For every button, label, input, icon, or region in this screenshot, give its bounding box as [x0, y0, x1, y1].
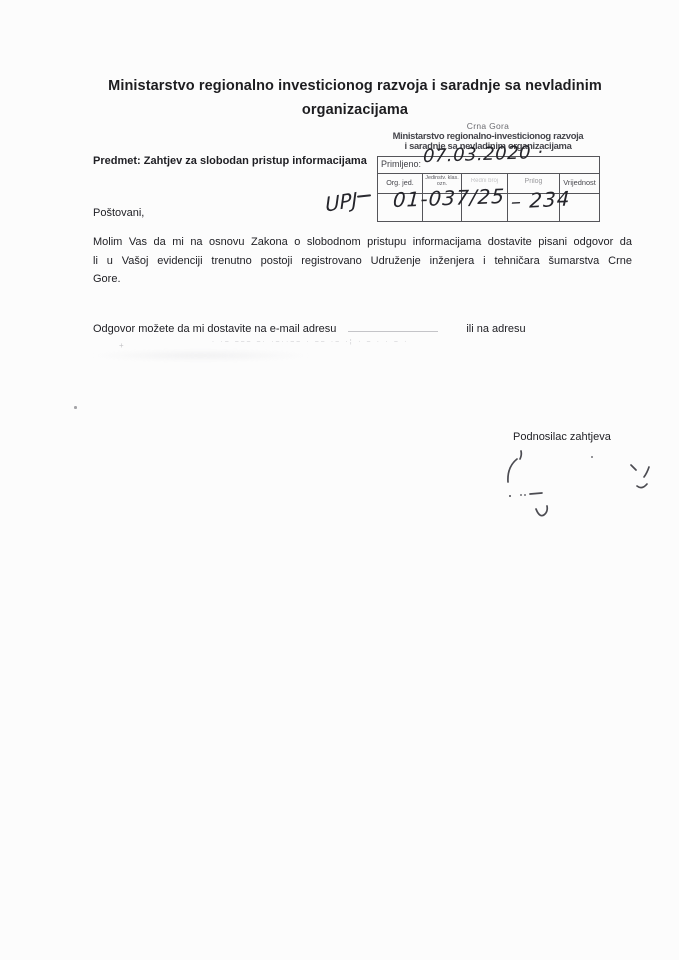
handwritten-received-date: 07.03.2020 ·: [423, 142, 544, 167]
email-sentence: Odgovor možete da mi dostavite na e-mail…: [93, 320, 526, 335]
redacted-email-area: [348, 320, 438, 332]
handwritten-pen-stroke: [357, 194, 371, 197]
handwritten-case-number: 01-037/25: [392, 184, 505, 212]
eraser-smudge: [88, 350, 313, 361]
email-sentence-prefix: Odgovor možete da mi dostavite na e-mail…: [93, 323, 336, 335]
subject-line: Predmet: Zahtjev za slobodan pristup inf…: [93, 155, 367, 167]
scanned-letter-page: Ministarstvo regionalno investicionog ra…: [0, 0, 679, 960]
body-line: Gore.: [93, 270, 632, 289]
body-paragraph: Molim Vas da mi na osnovu Zakona o slobo…: [93, 233, 632, 289]
handwritten-prilog-number: – 234: [511, 186, 571, 213]
body-line: li u Vašoj evidenciji trenutno postoji r…: [93, 252, 632, 271]
signer-label: Podnosilac zahtjeva: [513, 431, 611, 443]
signature-handwriting-icon: [494, 443, 662, 528]
salutation: Poštovani,: [93, 207, 144, 219]
email-sentence-suffix: ili na adresu: [466, 323, 525, 335]
redacted-address-traces: · ·– ––– –· ·–··–– · –– ·– ·¦ · – · · – …: [212, 339, 572, 345]
stray-pen-mark: +: [119, 341, 124, 350]
page-title: Ministarstvo regionalno investicionog ra…: [75, 74, 635, 122]
handwritten-org-unit: UPJ: [325, 187, 358, 216]
body-line: Molim Vas da mi na osnovu Zakona o slobo…: [93, 233, 632, 252]
stray-ink-dot: [74, 406, 77, 409]
